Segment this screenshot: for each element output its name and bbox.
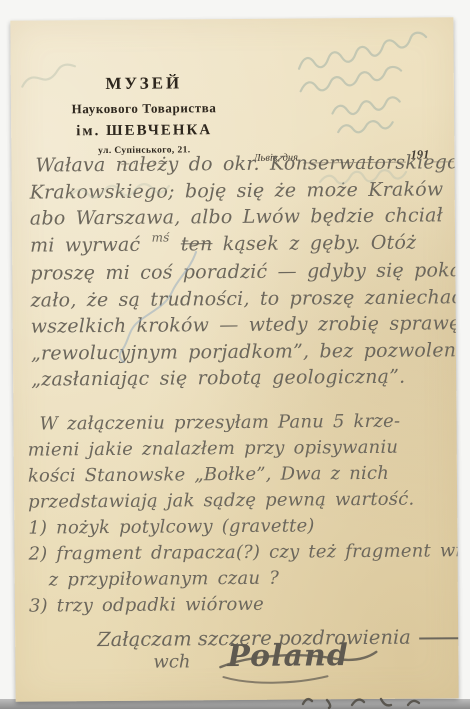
handwritten-line: proszę mi coś poradzić — gdyby się poka- (30, 257, 458, 287)
letterhead-society-line: Наукового Товариства (33, 100, 255, 118)
handwritten-line: „rewolucyjnym porjadkom”, bez pozwolenia (31, 337, 459, 367)
handwritten-line: W załączeniu przesyłam Panu 5 krze- (27, 408, 458, 438)
handwritten-line: przedstawiają jak sądzę pewną wartość. (28, 486, 459, 516)
handwritten-line-segment: mi wyrwać (30, 233, 140, 256)
handwritten-line: Krakowskiego; boję się że może Kraków (30, 176, 459, 206)
letterhead-shevchenko-line: ім. ШЕВЧЕНКА (33, 122, 255, 141)
scanned-letter-page: МУЗЕЙ Наукового Товариства ім. ШЕВЧЕНКА … (0, 0, 470, 709)
handwritten-line: „zasłaniając się robotą geologiczną”. (31, 363, 459, 393)
handwritten-paragraph-1: Wałava należy do okr. Konserwatorskiego … (29, 149, 458, 393)
handwritten-line: kości Stanowske „Bołke”, Dwa z nich (28, 460, 459, 490)
handwritten-line-segment: kąsek z gęby. Otóż (223, 231, 417, 255)
struck-through-word: ten (181, 233, 213, 255)
handwritten-line: mieni jakie znalazłem przy opisywaniu (28, 434, 459, 464)
valediction: wch (153, 651, 190, 672)
interlinear-insertion: mś (151, 230, 169, 244)
handwritten-list-item: 1) nożyk potylcowy (gravette) (28, 512, 458, 542)
handwritten-line: wszelkich kroków — wtedy zrobię sprawę (31, 310, 459, 340)
handwritten-paragraph-2: W załączeniu przesyłam Panu 5 krze- mien… (27, 408, 458, 620)
letterhead-museum-title: МУЗЕЙ (33, 73, 255, 95)
pencil-flourish-dash (419, 637, 459, 640)
handwritten-line: zało, że są trudności, to proszę zaniech… (30, 284, 458, 314)
handwritten-line: z przypiłowanym czau ? (29, 564, 459, 594)
handwritten-list-item: 2) fragment drapacza(?) czy też fragment… (28, 538, 458, 568)
signature: Poland (227, 638, 349, 674)
handwritten-line: abo Warszawa, albo Lwów będzie chciał (30, 202, 459, 232)
handwritten-line: mi wyrwać mś ten kąsek z gęby. Otóż (30, 229, 459, 261)
handwritten-line: Wałava należy do okr. Konserwatorskiego (29, 149, 458, 179)
handwritten-list-item: 3) trzy odpadki wiórowe (29, 590, 459, 620)
letter-paper: МУЗЕЙ Наукового Товариства ім. ШЕВЧЕНКА … (10, 17, 458, 701)
